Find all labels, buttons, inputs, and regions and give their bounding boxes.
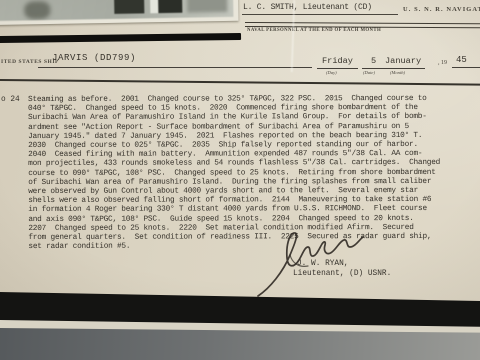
log-sheet: L. C. SMITH, Lieutenant (CD) U. S. N. R.…	[0, 0, 480, 302]
photograph-fragment	[0, 0, 239, 25]
year-underline	[452, 67, 480, 68]
header-rule-top	[245, 22, 480, 25]
log-date: 5	[371, 56, 376, 66]
ship-row-rule	[0, 79, 480, 85]
day-print-label: (Day)	[326, 70, 337, 75]
monthly-note-print: NAVAL PERSONNEL AT THE END OF EACH MONTH	[247, 28, 381, 33]
navigator-underline	[242, 14, 398, 15]
united-states-ship-label: ITED STATES SHIP	[1, 59, 59, 65]
navigator-rank-print: U. S. N. R. NAVIGAT	[403, 6, 480, 13]
handwritten-signature	[238, 222, 398, 304]
log-day: Friday	[322, 56, 353, 66]
photographed-deck-log: { "header": { "officer_line": "L. C. SMI…	[0, 0, 480, 360]
log-month: January	[385, 56, 421, 66]
ship-name-underline	[38, 67, 312, 68]
year-prefix-print: , 19	[438, 60, 447, 66]
day-underline	[317, 68, 358, 69]
month-underline	[381, 68, 425, 69]
month-print-label: (Month)	[390, 70, 405, 75]
photograph-image	[0, 0, 233, 21]
date-print-label: (Date)	[363, 70, 375, 75]
heavy-black-bar	[0, 33, 241, 43]
log-year: 45	[456, 55, 467, 65]
watch-period-label: o 24	[1, 96, 20, 104]
navigator-signature-line: L. C. SMITH, Lieutenant (CD)	[243, 3, 372, 12]
ship-name: JARVIS (DD799)	[52, 53, 136, 63]
